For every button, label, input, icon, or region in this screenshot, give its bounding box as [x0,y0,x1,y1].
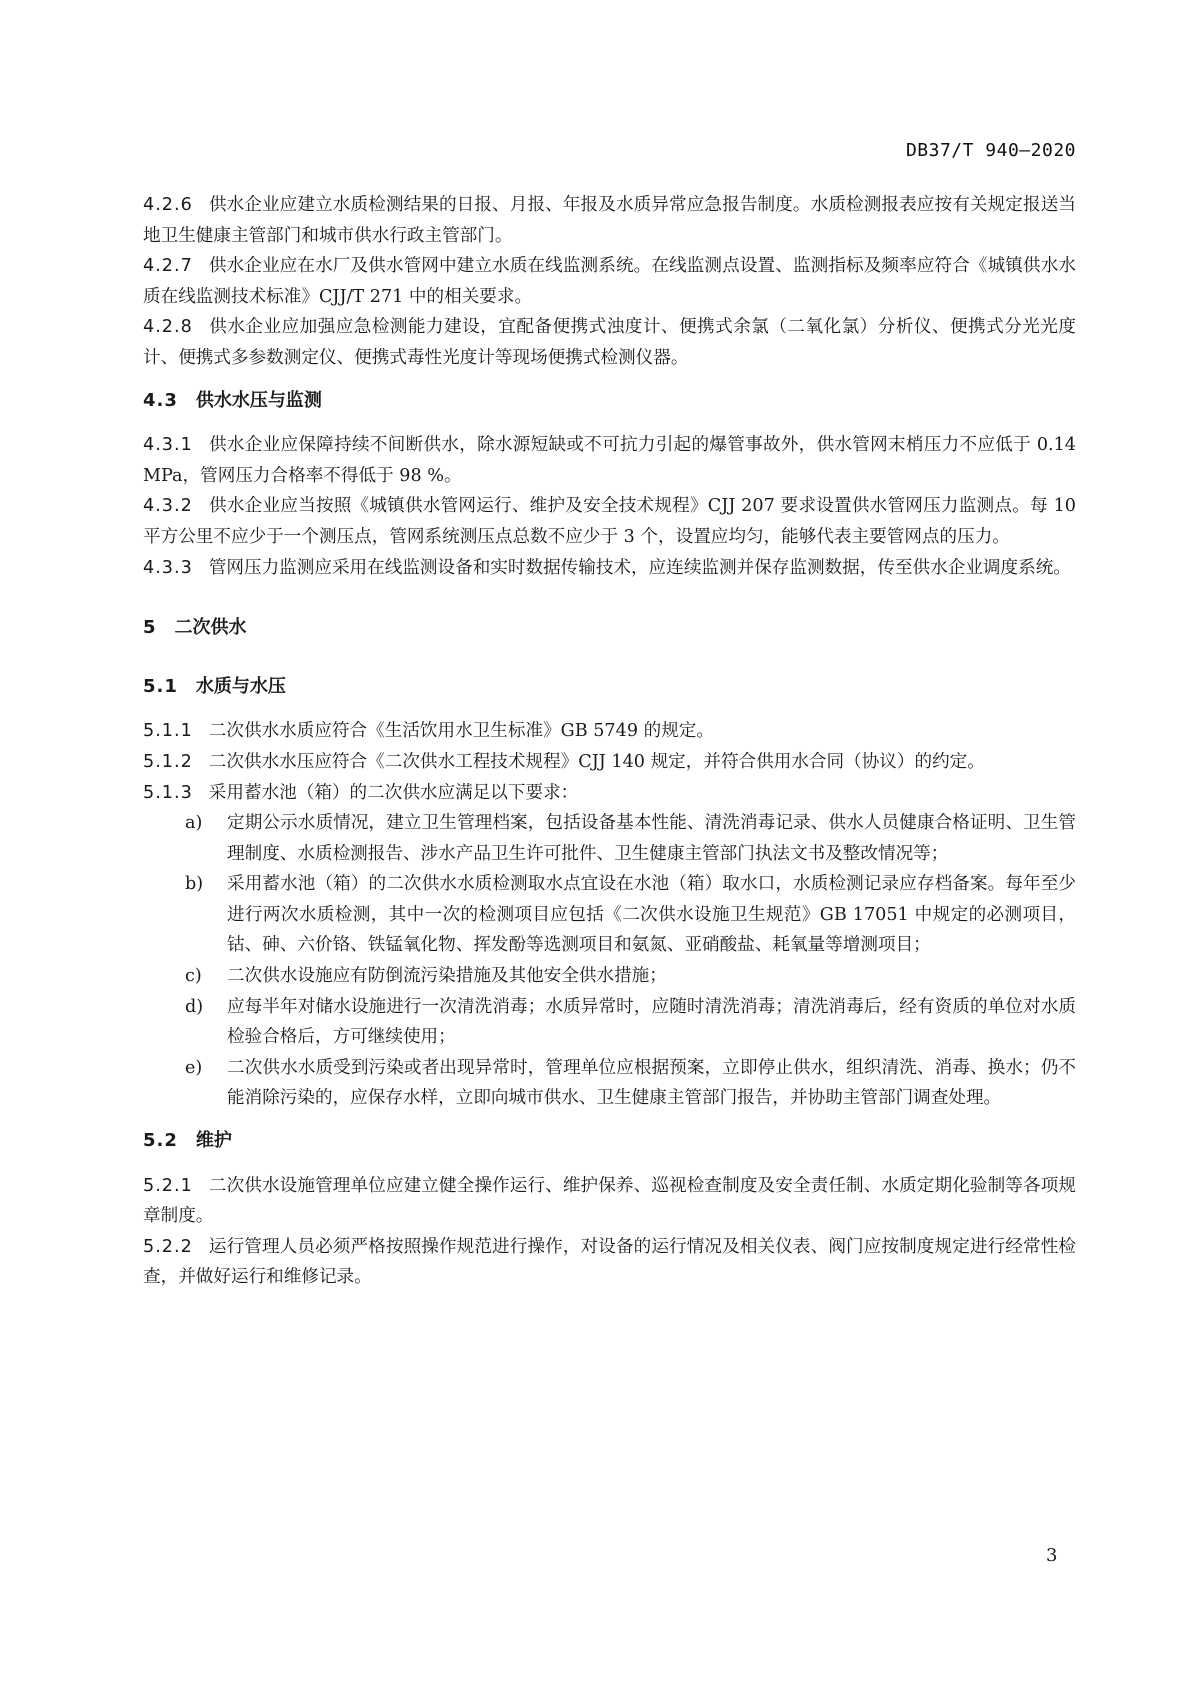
clause-number: 4.3.2 [143,496,193,516]
clause-4-3-2: 4.3.2供水企业应当按照《城镇供水管网运行、维护及安全技术规程》CJJ 207… [143,491,1076,552]
clause-number: 4.2.6 [143,195,193,215]
clause-number: 5.1.3 [143,783,193,803]
chapter-title: 二次供水 [175,617,247,638]
section-title: 供水水压与监测 [196,390,322,411]
clause-5-1-3: 5.1.3采用蓄水池（箱）的二次供水应满足以下要求： [143,778,1076,809]
list-item-text: 定期公示水质情况，建立卫生管理档案，包括设备基本性能、清洗消毒记录、供水人员健康… [227,813,1076,864]
clause-text: 二次供水设施管理单位应建立健全操作运行、维护保养、巡视检查制度及安全责任制、水质… [143,1176,1076,1227]
section-title: 水质与水压 [196,676,286,697]
clause-4-2-8: 4.2.8供水企业应加强应急检测能力建设，宜配备便携式浊度计、便携式余氯（二氧化… [143,312,1076,373]
list-marker: b) [185,869,203,900]
list-item-e: e) 二次供水水质受到污染或者出现异常时，管理单位应根据预案，立即停止供水，组织… [143,1053,1076,1114]
clause-number: 5.2.2 [143,1237,193,1257]
chapter-heading-5: 5二次供水 [143,613,1076,644]
list-item-text: 二次供水水质受到污染或者出现异常时，管理单位应根据预案，立即停止供水，组织清洗、… [227,1058,1076,1109]
list-item-text: 应每半年对储水设施进行一次清洗消毒；水质异常时，应随时清洗消毒；清洗消毒后，经有… [227,997,1076,1048]
clause-4-2-7: 4.2.7供水企业应在水厂及供水管网中建立水质在线监测系统。在线监测点设置、监测… [143,251,1076,312]
clause-text: 管网压力监测应采用在线监测设备和实时数据传输技术，应连续监测并保存监测数据，传至… [209,558,1071,578]
requirements-list: a) 定期公示水质情况，建立卫生管理档案，包括设备基本性能、清洗消毒记录、供水人… [143,808,1076,1114]
page-number: 3 [1046,1545,1057,1566]
clause-text: 供水企业应在水厂及供水管网中建立水质在线监测系统。在线监测点设置、监测指标及频率… [143,256,1076,307]
list-item-c: c) 二次供水设施应有防倒流污染措施及其他安全供水措施； [143,961,1076,992]
clause-number: 5.1.2 [143,752,193,772]
section-number: 4.3 [143,390,178,411]
clause-text: 二次供水水压应符合《二次供水工程技术规程》CJJ 140 规定，并符合供用水合同… [209,752,985,772]
standard-id-header: DB37/T 940—2020 [906,140,1076,161]
clause-text: 供水企业应加强应急检测能力建设，宜配备便携式浊度计、便携式余氯（二氧化氯）分析仪… [143,317,1076,368]
clause-4-2-6: 4.2.6供水企业应建立水质检测结果的日报、月报、年报及水质异常应急报告制度。水… [143,190,1076,251]
list-marker: d) [185,992,203,1023]
clause-5-1-1: 5.1.1二次供水水质应符合《生活饮用水卫生标准》GB 5749 的规定。 [143,716,1076,747]
document-page: DB37/T 940—2020 4.2.6供水企业应建立水质检测结果的日报、月报… [0,0,1190,1683]
section-heading-4-3: 4.3供水水压与监测 [143,386,1076,417]
section-heading-5-2: 5.2维护 [143,1126,1076,1157]
clause-text: 供水企业应当按照《城镇供水管网运行、维护及安全技术规程》CJJ 207 要求设置… [143,496,1076,547]
clause-number: 5.1.1 [143,721,193,741]
section-heading-5-1: 5.1水质与水压 [143,672,1076,703]
clause-number: 4.3.3 [143,558,193,578]
list-item-d: d) 应每半年对储水设施进行一次清洗消毒；水质异常时，应随时清洗消毒；清洗消毒后… [143,992,1076,1053]
clause-text: 采用蓄水池（箱）的二次供水应满足以下要求： [209,783,578,803]
clause-number: 4.2.8 [143,317,193,337]
clause-5-2-2: 5.2.2运行管理人员必须严格按照操作规范进行操作，对设备的运行情况及相关仪表、… [143,1232,1076,1293]
list-item-text: 采用蓄水池（箱）的二次供水水质检测取水点宜设在水池（箱）取水口，水质检测记录应存… [227,874,1076,955]
clause-5-2-1: 5.2.1二次供水设施管理单位应建立健全操作运行、维护保养、巡视检查制度及安全责… [143,1171,1076,1232]
clause-number: 5.2.1 [143,1176,193,1196]
section-number: 5.2 [143,1130,178,1151]
clause-4-3-1: 4.3.1供水企业应保障持续不间断供水，除水源短缺或不可抗力引起的爆管事故外，供… [143,430,1076,491]
list-item-text: 二次供水设施应有防倒流污染措施及其他安全供水措施； [227,966,667,986]
clause-text: 运行管理人员必须严格按照操作规范进行操作，对设备的运行情况及相关仪表、阀门应按制… [143,1237,1076,1288]
clause-text: 供水企业应建立水质检测结果的日报、月报、年报及水质异常应急报告制度。水质检测报表… [143,195,1076,246]
list-item-a: a) 定期公示水质情况，建立卫生管理档案，包括设备基本性能、清洗消毒记录、供水人… [143,808,1076,869]
section-title: 维护 [196,1130,232,1151]
list-marker: c) [185,961,202,992]
list-marker: a) [185,808,202,839]
clause-number: 4.3.1 [143,435,193,455]
list-marker: e) [185,1053,202,1084]
clause-number: 4.2.7 [143,256,193,276]
document-body: 4.2.6供水企业应建立水质检测结果的日报、月报、年报及水质异常应急报告制度。水… [143,190,1076,1293]
clause-text: 二次供水水质应符合《生活饮用水卫生标准》GB 5749 的规定。 [209,721,714,741]
clause-text: 供水企业应保障持续不间断供水，除水源短缺或不可抗力引起的爆管事故外，供水管网末梢… [143,435,1076,486]
clause-4-3-3: 4.3.3管网压力监测应采用在线监测设备和实时数据传输技术，应连续监测并保存监测… [143,553,1076,584]
clause-5-1-2: 5.1.2二次供水水压应符合《二次供水工程技术规程》CJJ 140 规定，并符合… [143,747,1076,778]
chapter-number: 5 [143,617,157,638]
section-number: 5.1 [143,676,178,697]
list-item-b: b) 采用蓄水池（箱）的二次供水水质检测取水点宜设在水池（箱）取水口，水质检测记… [143,869,1076,961]
